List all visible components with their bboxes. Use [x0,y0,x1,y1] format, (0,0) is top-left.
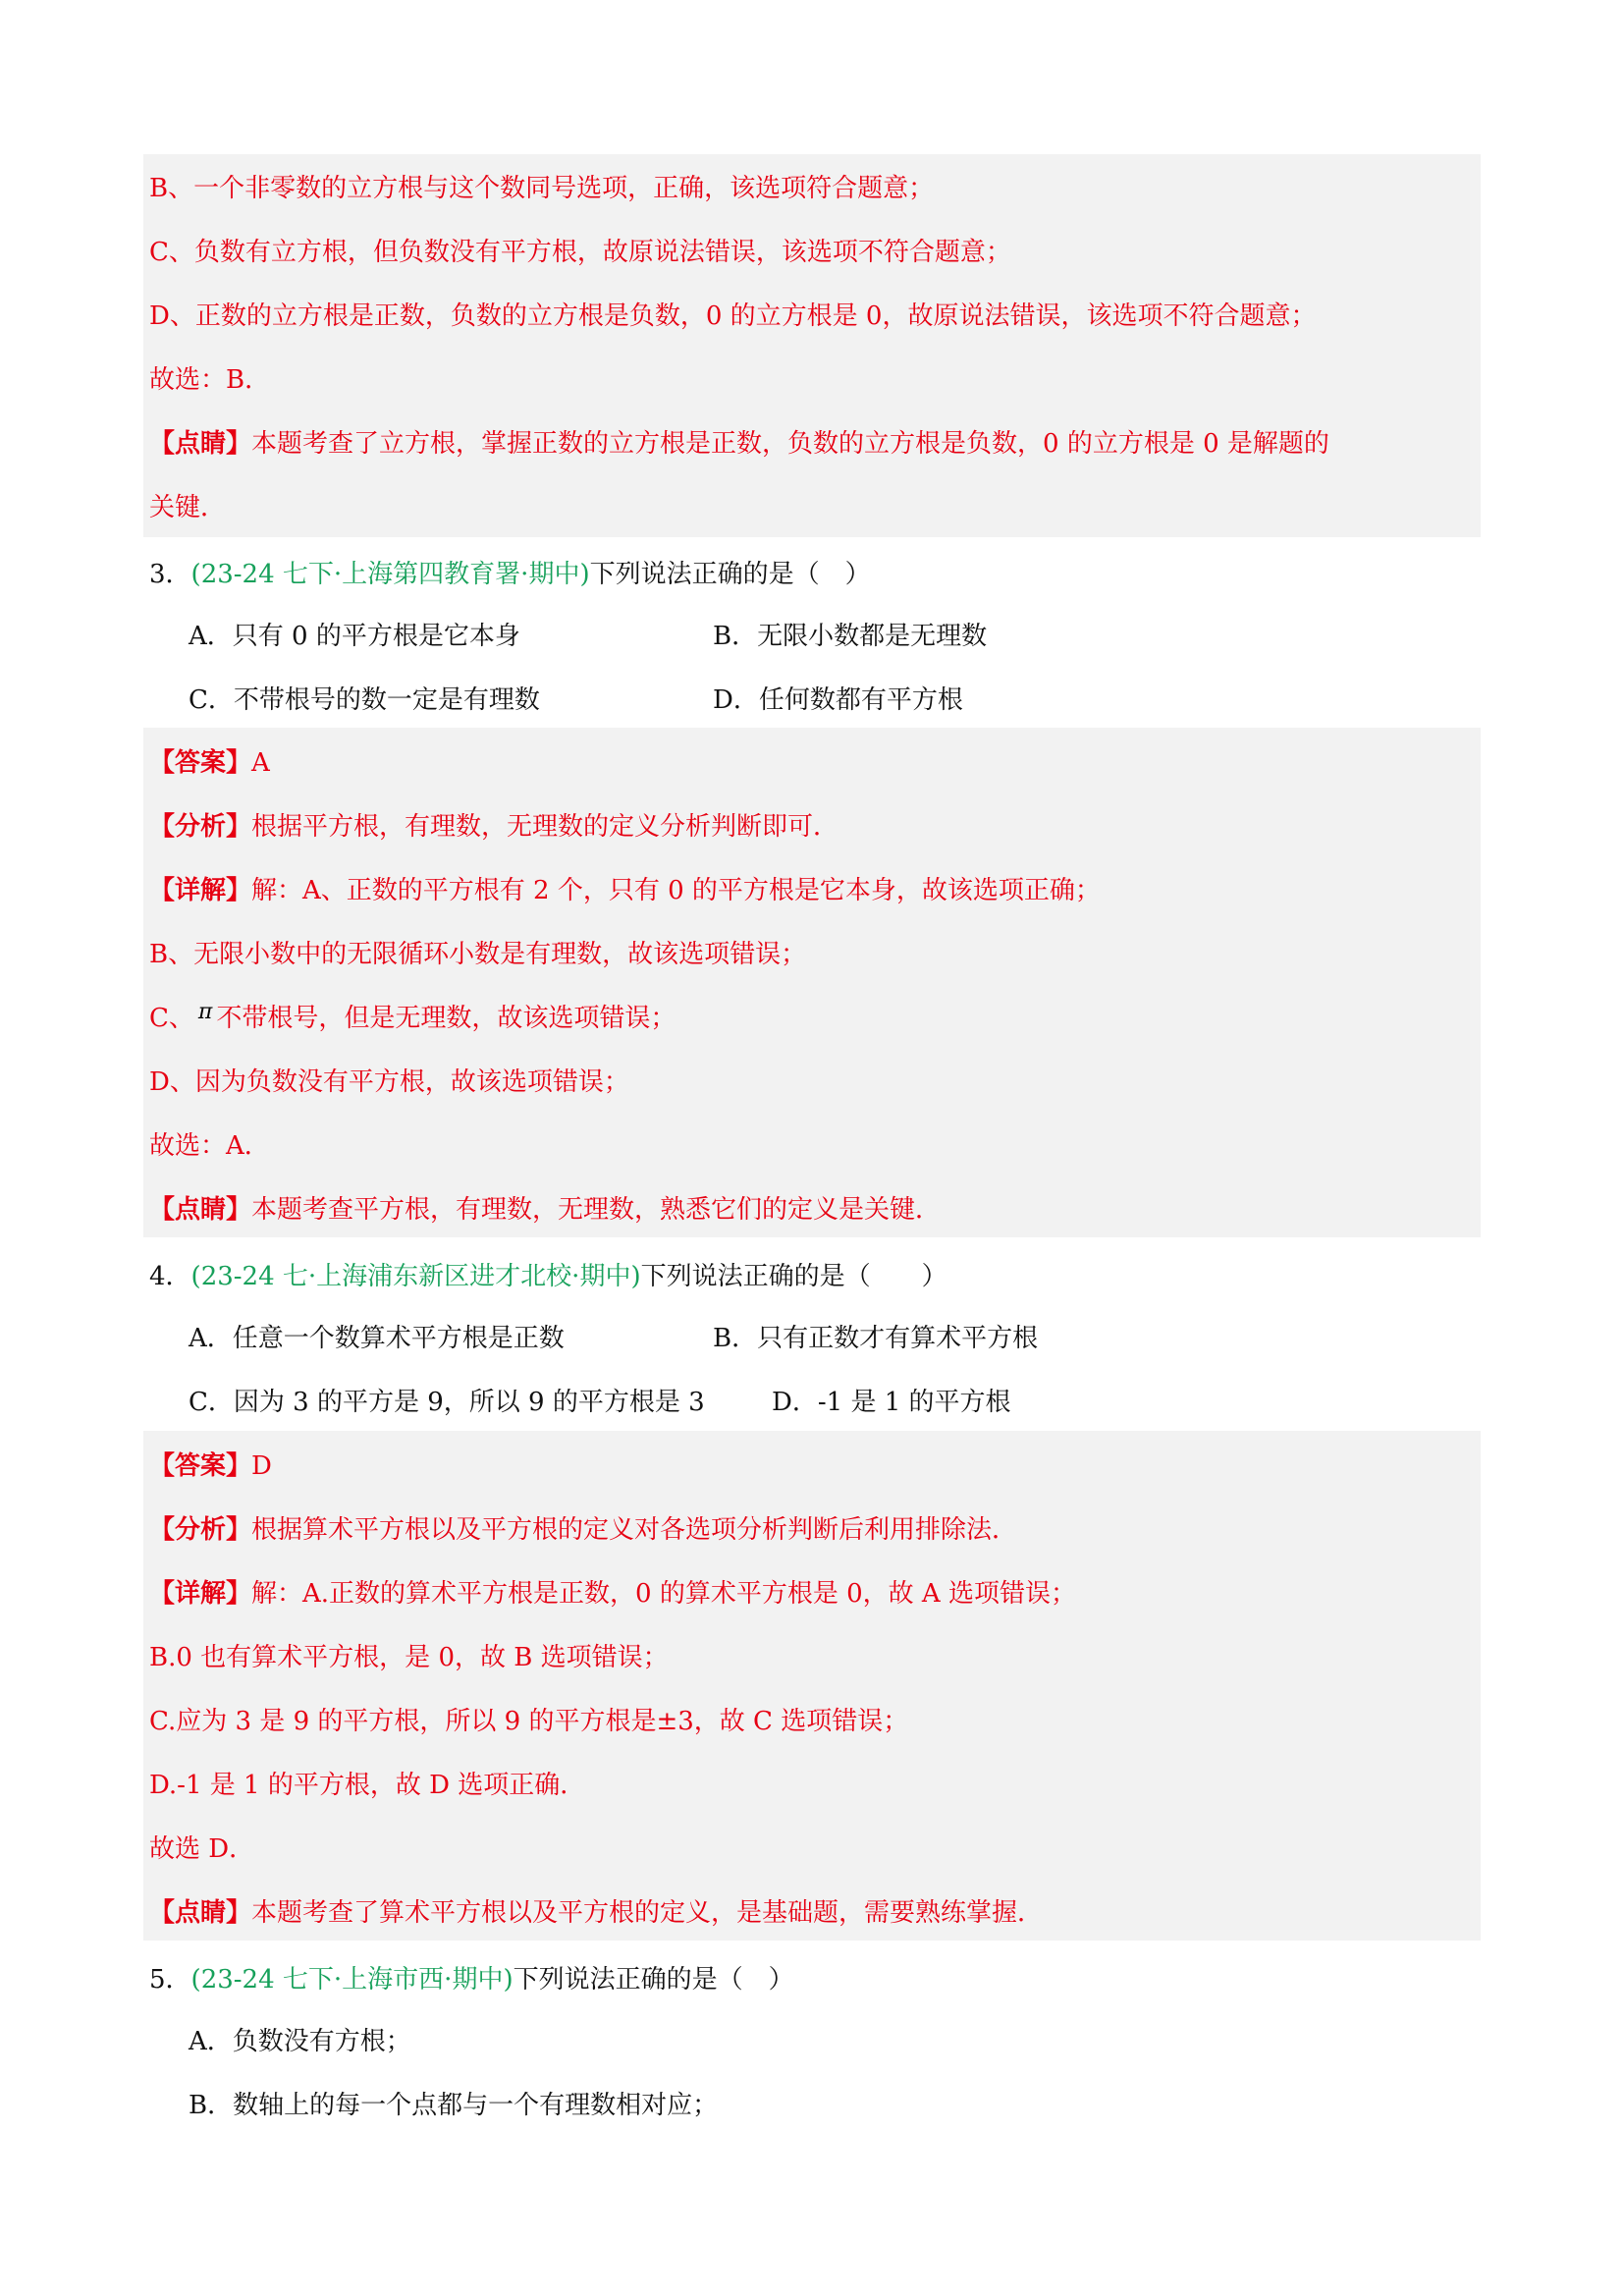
answer-line: 【答案】D [149,1447,272,1486]
option-b: B．数轴上的每一个点都与一个有理数相对应； [189,2086,718,2125]
analysis-text: 根据平方根，有理数，无理数的定义分析判断即可． [251,812,839,842]
option-c: C．不带根号的数一定是有理数 [189,681,540,720]
detail-line-d: D、因为负数没有平方根，故该选项错误； [149,1063,629,1102]
analysis-label: 【分析】 [149,1515,251,1545]
detail-text: 解：A、正数的平方根有 2 个，只有 0 的平方根是它本身，故该选项正确； [251,876,1101,905]
question-5: 5．(23-24 七下·上海市西·期中)下列说法正确的是（ ） [149,1960,794,1999]
option-a: A．负数没有方根； [189,2022,411,2061]
dianjing-line: 【点睛】本题考查了立方根，掌握正数的立方根是正数，负数的立方根是负数，0 的立方… [149,424,1329,464]
question-source: (23-24 七下·上海第四教育署·期中) [191,560,590,589]
dianjing-text: 本题考查了算术平方根以及平方根的定义，是基础题，需要熟练掌握． [251,1898,1043,1928]
detail-c-rest: 不带根号，但是无理数，故该选项错误； [216,1004,676,1033]
question-number: 5． [149,1965,191,1995]
dianjing-line-cont: 关键． [149,488,226,527]
pi-symbol: π [198,1000,212,1024]
question-4: 4．(23-24 七·上海浦东新区进才北校·期中)下列说法正确的是（ ） [149,1257,947,1296]
choice-line: 故选 D． [149,1830,254,1869]
solution-box-q4 [143,1431,1481,1941]
solution-line: B、一个非零数的立方根与这个数同号选项，正确，该选项符合题意； [149,169,934,208]
option-b: B．无限小数都是无理数 [713,617,987,656]
dianjing-label: 【点睛】 [149,1898,251,1928]
solution-box-q3 [143,728,1481,1237]
question-number: 3． [149,560,191,589]
question-stem: 下列说法正确的是（ ） [514,1965,794,1995]
option-c: C．因为 3 的平方是 9，所以 9 的平方根是 3 [189,1383,705,1422]
answer-line: 【答案】A [149,743,270,783]
detail-line: 【详解】解：A.正数的算术平方根是正数，0 的算术平方根是 0，故 A 选项错误… [149,1574,1076,1613]
detail-line: 【详解】解：A、正数的平方根有 2 个，只有 0 的平方根是它本身，故该选项正确… [149,871,1101,910]
dianjing-label: 【点睛】 [149,1195,251,1225]
option-a: A．任意一个数算术平方根是正数 [189,1319,565,1358]
dianjing-line: 【点睛】本题考查平方根，有理数，无理数，熟悉它们的定义是关键． [149,1190,941,1230]
choice-line: 故选：A． [149,1126,270,1166]
analysis-label: 【分析】 [149,812,251,842]
option-b: B．只有正数才有算术平方根 [713,1319,1038,1358]
dianjing-text: 本题考查了立方根，掌握正数的立方根是正数，负数的立方根是负数，0 的立方根是 0… [251,429,1329,459]
detail-text: 解：A.正数的算术平方根是正数，0 的算术平方根是 0，故 A 选项错误； [251,1579,1076,1609]
analysis-line: 【分析】根据算术平方根以及平方根的定义对各选项分析判断后利用排除法． [149,1510,1017,1550]
dianjing-line: 【点睛】本题考查了算术平方根以及平方根的定义，是基础题，需要熟练掌握． [149,1893,1043,1933]
solution-line: D、正数的立方根是正数，负数的立方根是负数，0 的立方根是 0，故原说法错误，该… [149,297,1316,336]
detail-line-c: C、π不带根号，但是无理数，故该选项错误； [149,999,676,1038]
question-source: (23-24 七·上海浦东新区进才北校·期中) [191,1262,641,1291]
option-d: D．任何数都有平方根 [713,681,963,720]
detail-line-b: B、无限小数中的无限循环小数是有理数，故该选项错误； [149,935,806,974]
detail-line-c: C.应为 3 是 9 的平方根，所以 9 的平方根是±3，故 C 选项错误； [149,1702,908,1741]
answer-label: 【答案】 [149,748,251,778]
detail-label: 【详解】 [149,876,251,905]
dianjing-text: 本题考查平方根，有理数，无理数，熟悉它们的定义是关键． [251,1195,941,1225]
solution-box-q2 [143,154,1481,537]
detail-line-b: B.0 也有算术平方根，是 0，故 B 选项错误； [149,1638,669,1677]
answer-value: D [251,1451,272,1481]
document-page: B、一个非零数的立方根与这个数同号选项，正确，该选项符合题意； C、负数有立方根… [0,0,1623,2296]
question-stem: 下列说法正确的是（ ） [590,560,871,589]
question-3: 3．(23-24 七下·上海第四教育署·期中)下列说法正确的是（ ） [149,555,871,594]
detail-c-prefix: C、 [149,1004,194,1033]
dianjing-label: 【点睛】 [149,429,251,459]
question-number: 4． [149,1262,191,1291]
option-d: D．-1 是 1 的平方根 [772,1383,1011,1422]
analysis-line: 【分析】根据平方根，有理数，无理数的定义分析判断即可． [149,807,839,847]
analysis-text: 根据算术平方根以及平方根的定义对各选项分析判断后利用排除法． [251,1515,1017,1545]
answer-label: 【答案】 [149,1451,251,1481]
detail-label: 【详解】 [149,1579,251,1609]
option-a: A．只有 0 的平方根是它本身 [189,617,520,656]
answer-value: A [251,748,270,778]
solution-line: C、负数有立方根，但负数没有平方根，故原说法错误，该选项不符合题意； [149,233,1011,272]
choice-line: 故选：B． [149,360,270,400]
question-source: (23-24 七下·上海市西·期中) [191,1965,514,1995]
detail-line-d: D.-1 是 1 的平方根，故 D 选项正确． [149,1766,585,1805]
question-stem: 下列说法正确的是（ ） [641,1262,947,1291]
